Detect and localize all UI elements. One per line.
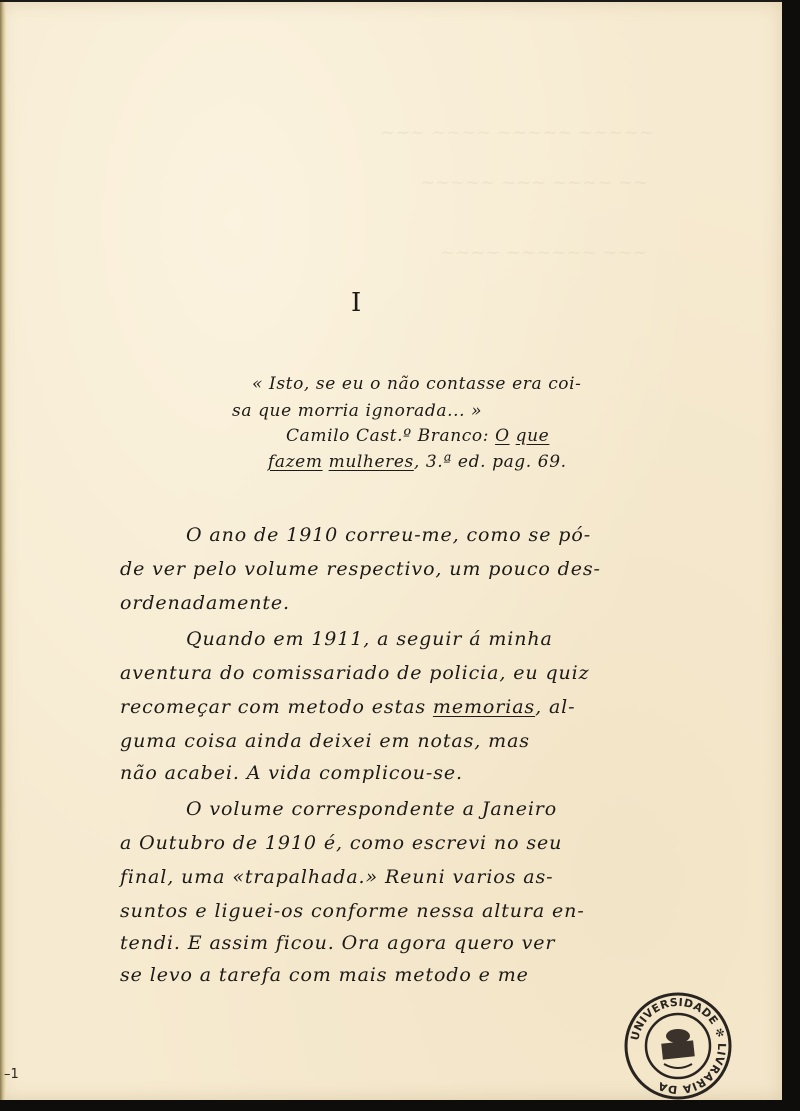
show-through-text: ~~~ ~~~~ ~~~~~ ~~~~~ xyxy=(380,122,654,143)
body-line: O volume correspondente a Janeiro xyxy=(186,798,557,820)
chapter-numeral: I xyxy=(351,288,361,318)
page-binding-edge xyxy=(0,2,6,1100)
body-line: tendi. E assim ficou. Ora agora quero ve… xyxy=(120,932,555,954)
manuscript-page: ~~~ ~~~~ ~~~~~ ~~~~~ ~~~~~ ~~~ ~~~~ ~~ ~… xyxy=(0,2,782,1100)
library-stamp-icon: UNIVERSIDADE ✻ LIVRARIA DA xyxy=(622,990,734,1102)
body-line: recomeçar com metodo estas memorias, al- xyxy=(120,696,575,718)
epigraph-line: « Isto, se eu o não contasse era coi- xyxy=(252,374,582,394)
epigraph-citation: fazem mulheres, 3.ª ed. pag. 69. xyxy=(268,452,567,472)
body-line: final, uma «trapalhada.» Reuni varios as… xyxy=(120,866,553,888)
show-through-text: ~~~~~ ~~~ ~~~~ ~~ xyxy=(420,172,648,193)
epigraph-title-part: que xyxy=(516,426,550,446)
epigraph-title-part: O xyxy=(495,426,510,446)
epigraph-edition: , 3.ª ed. pag. 69. xyxy=(414,452,567,472)
body-line: O ano de 1910 correu-me, como se pó- xyxy=(186,524,591,546)
epigraph-line: sa que morria ignorada... » xyxy=(232,401,482,421)
body-line: guma coisa ainda deixei em notas, mas xyxy=(120,730,530,752)
body-line: a Outubro de 1910 é, como escrevi no seu xyxy=(120,832,562,854)
body-line: de ver pelo volume respectivo, um pouco … xyxy=(120,558,601,580)
show-through-text: ~~~~ ~~~~~~ ~~~ xyxy=(440,242,648,263)
body-line: ordenadamente. xyxy=(120,592,290,614)
epigraph-attribution: Camilo Cast.º Branco: O que xyxy=(286,426,549,446)
body-line: Quando em 1911, a seguir á minha xyxy=(186,628,553,650)
margin-page-mark: –1 xyxy=(4,1067,19,1082)
scan-background-edge xyxy=(0,1100,800,1111)
underlined-word: memorias xyxy=(433,696,535,718)
epigraph-author: Camilo Cast.º Branco: xyxy=(286,426,495,446)
body-line: se levo a tarefa com mais metodo e me xyxy=(120,964,529,986)
body-line: não acabei. A vida complicou-se. xyxy=(120,762,463,784)
body-line: aventura do comissariado de policia, eu … xyxy=(120,662,590,684)
epigraph-title-part: mulheres xyxy=(329,452,414,472)
body-line: suntos e liguei-os conforme nessa altura… xyxy=(120,900,585,922)
epigraph-title-part: fazem xyxy=(268,452,323,472)
scan-background-edge xyxy=(782,0,800,1111)
